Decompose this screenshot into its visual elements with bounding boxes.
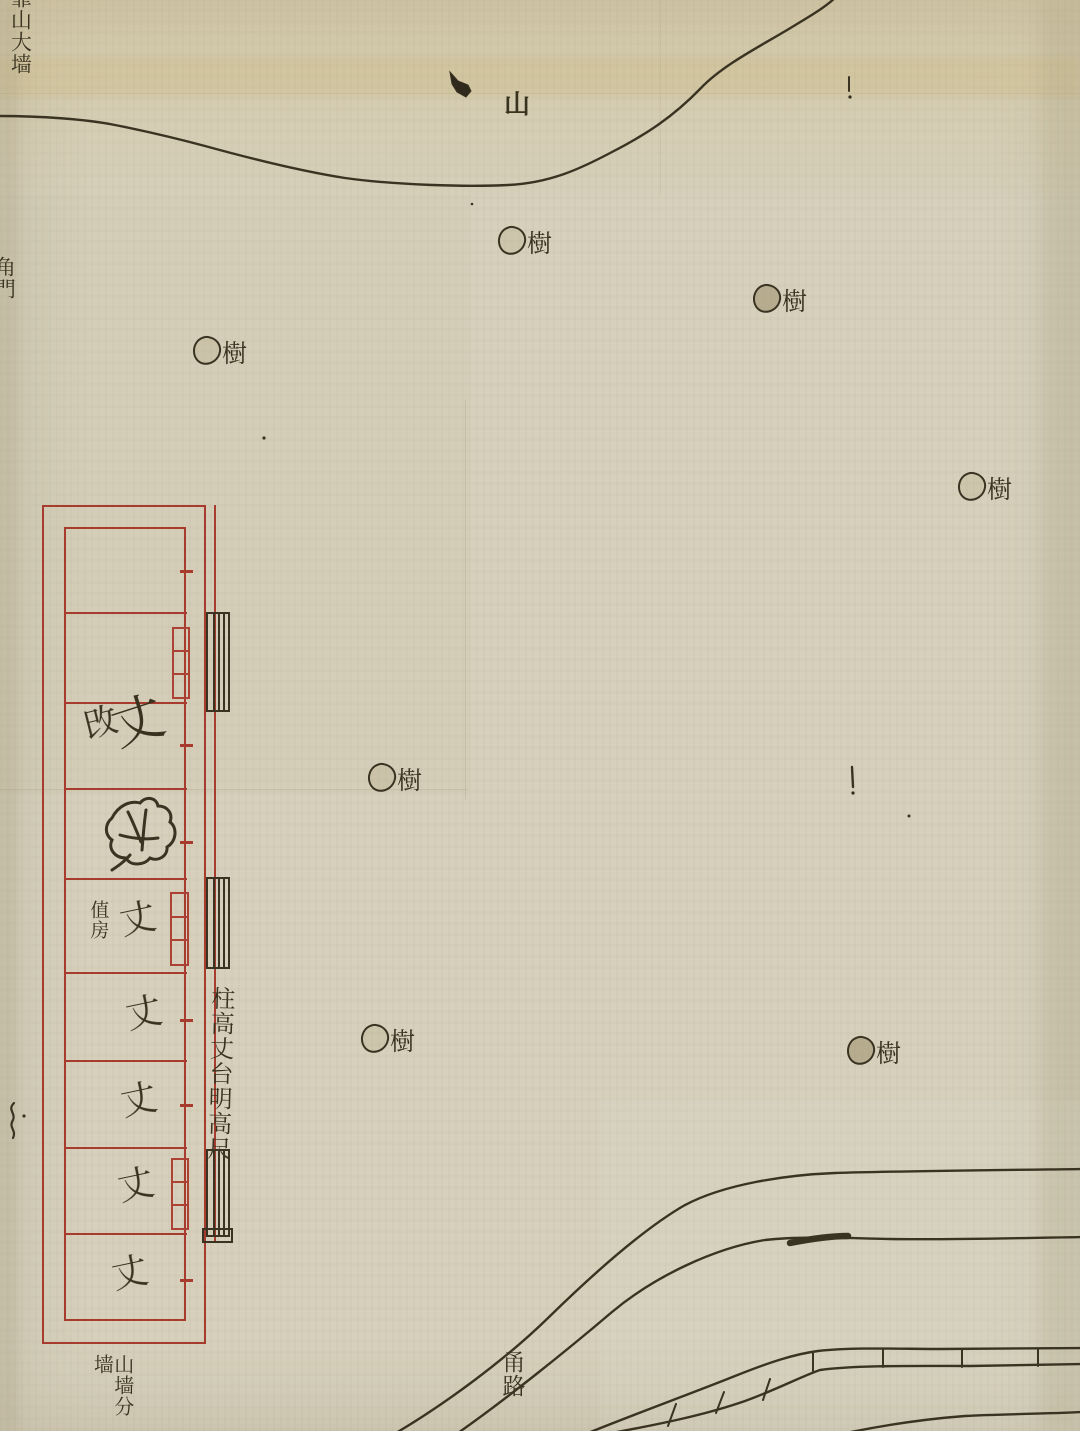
ink-dot	[848, 95, 851, 98]
tree-symbol: 樹	[958, 472, 1028, 502]
room-divider	[64, 878, 187, 880]
ink-speck	[262, 436, 265, 439]
tree-circle-icon	[366, 761, 398, 794]
path-edge-line	[588, 1348, 1080, 1431]
door-tick	[180, 841, 193, 844]
room-divider	[64, 1147, 187, 1149]
tree-symbol: 樹	[498, 226, 568, 256]
ink-speck	[908, 815, 911, 818]
room9-mark: 丈	[109, 1253, 152, 1296]
steps-rungs	[170, 892, 189, 966]
fold-tick-mark	[852, 767, 853, 787]
mountain-line	[0, 0, 837, 186]
mountain-label: 山	[504, 92, 530, 119]
tree-label: 樹	[397, 761, 422, 797]
steps-base	[202, 1228, 233, 1243]
tree-label: 樹	[987, 470, 1012, 506]
steps-platform	[206, 612, 230, 712]
tree-label: 樹	[782, 282, 807, 318]
tree-symbol: 樹	[361, 1024, 431, 1054]
room5-name: 值房	[88, 900, 107, 940]
tree-circle-icon	[496, 224, 528, 257]
room-divider	[64, 1233, 187, 1235]
door-tick	[180, 744, 193, 747]
room-divider	[64, 972, 187, 974]
room-divider	[64, 612, 187, 614]
steps-rungs	[172, 627, 190, 699]
steps-platform	[206, 877, 230, 969]
tree-label: 樹	[390, 1022, 415, 1058]
tree-label: 樹	[222, 334, 247, 370]
ink-blot	[450, 72, 471, 97]
ink-speck	[471, 203, 474, 206]
door-tick	[180, 1019, 193, 1022]
tree-symbol: 樹	[847, 1036, 917, 1066]
tree-symbol: 樹	[368, 763, 438, 793]
room7-mark: 丈	[118, 1080, 161, 1123]
top-left-wall-note: 靠山大墙	[9, 0, 30, 75]
room8-mark: 丈	[115, 1165, 158, 1208]
room-divider	[64, 1060, 187, 1062]
door-tick	[180, 1279, 193, 1282]
room-divider	[64, 788, 187, 790]
door-tick	[180, 570, 193, 573]
tree-circle-icon	[956, 470, 988, 503]
map-canvas: 靠山大墙 角門 山 甬路 攺 丈 值房 丈 丈 丈 丈 丈 柱高丈台明高尺 山墙…	[0, 0, 1080, 1431]
steps-rungs	[171, 1158, 189, 1230]
room6-mark: 丈	[123, 993, 166, 1036]
corner-gate-label: 角門	[0, 256, 14, 300]
ink-dot	[851, 791, 854, 794]
path-edge-line	[458, 1237, 1080, 1431]
gable-wall-note: 山墙分墙	[92, 1354, 133, 1431]
tree-circle-icon	[751, 282, 783, 315]
tree-circle-icon	[845, 1034, 877, 1067]
door-tick	[180, 1104, 193, 1107]
tree-label: 樹	[527, 224, 552, 260]
tree-label: 樹	[876, 1034, 901, 1070]
margin-cursive-mark	[11, 1103, 25, 1138]
tree-symbol: 樹	[193, 336, 263, 366]
room5-mark: 丈	[117, 899, 160, 942]
path-edge-line	[846, 1412, 1080, 1431]
tree-circle-icon	[359, 1022, 391, 1055]
tree-symbol: 樹	[753, 284, 823, 314]
tree-circle-icon	[191, 334, 223, 367]
path-label: 甬路	[499, 1350, 522, 1398]
